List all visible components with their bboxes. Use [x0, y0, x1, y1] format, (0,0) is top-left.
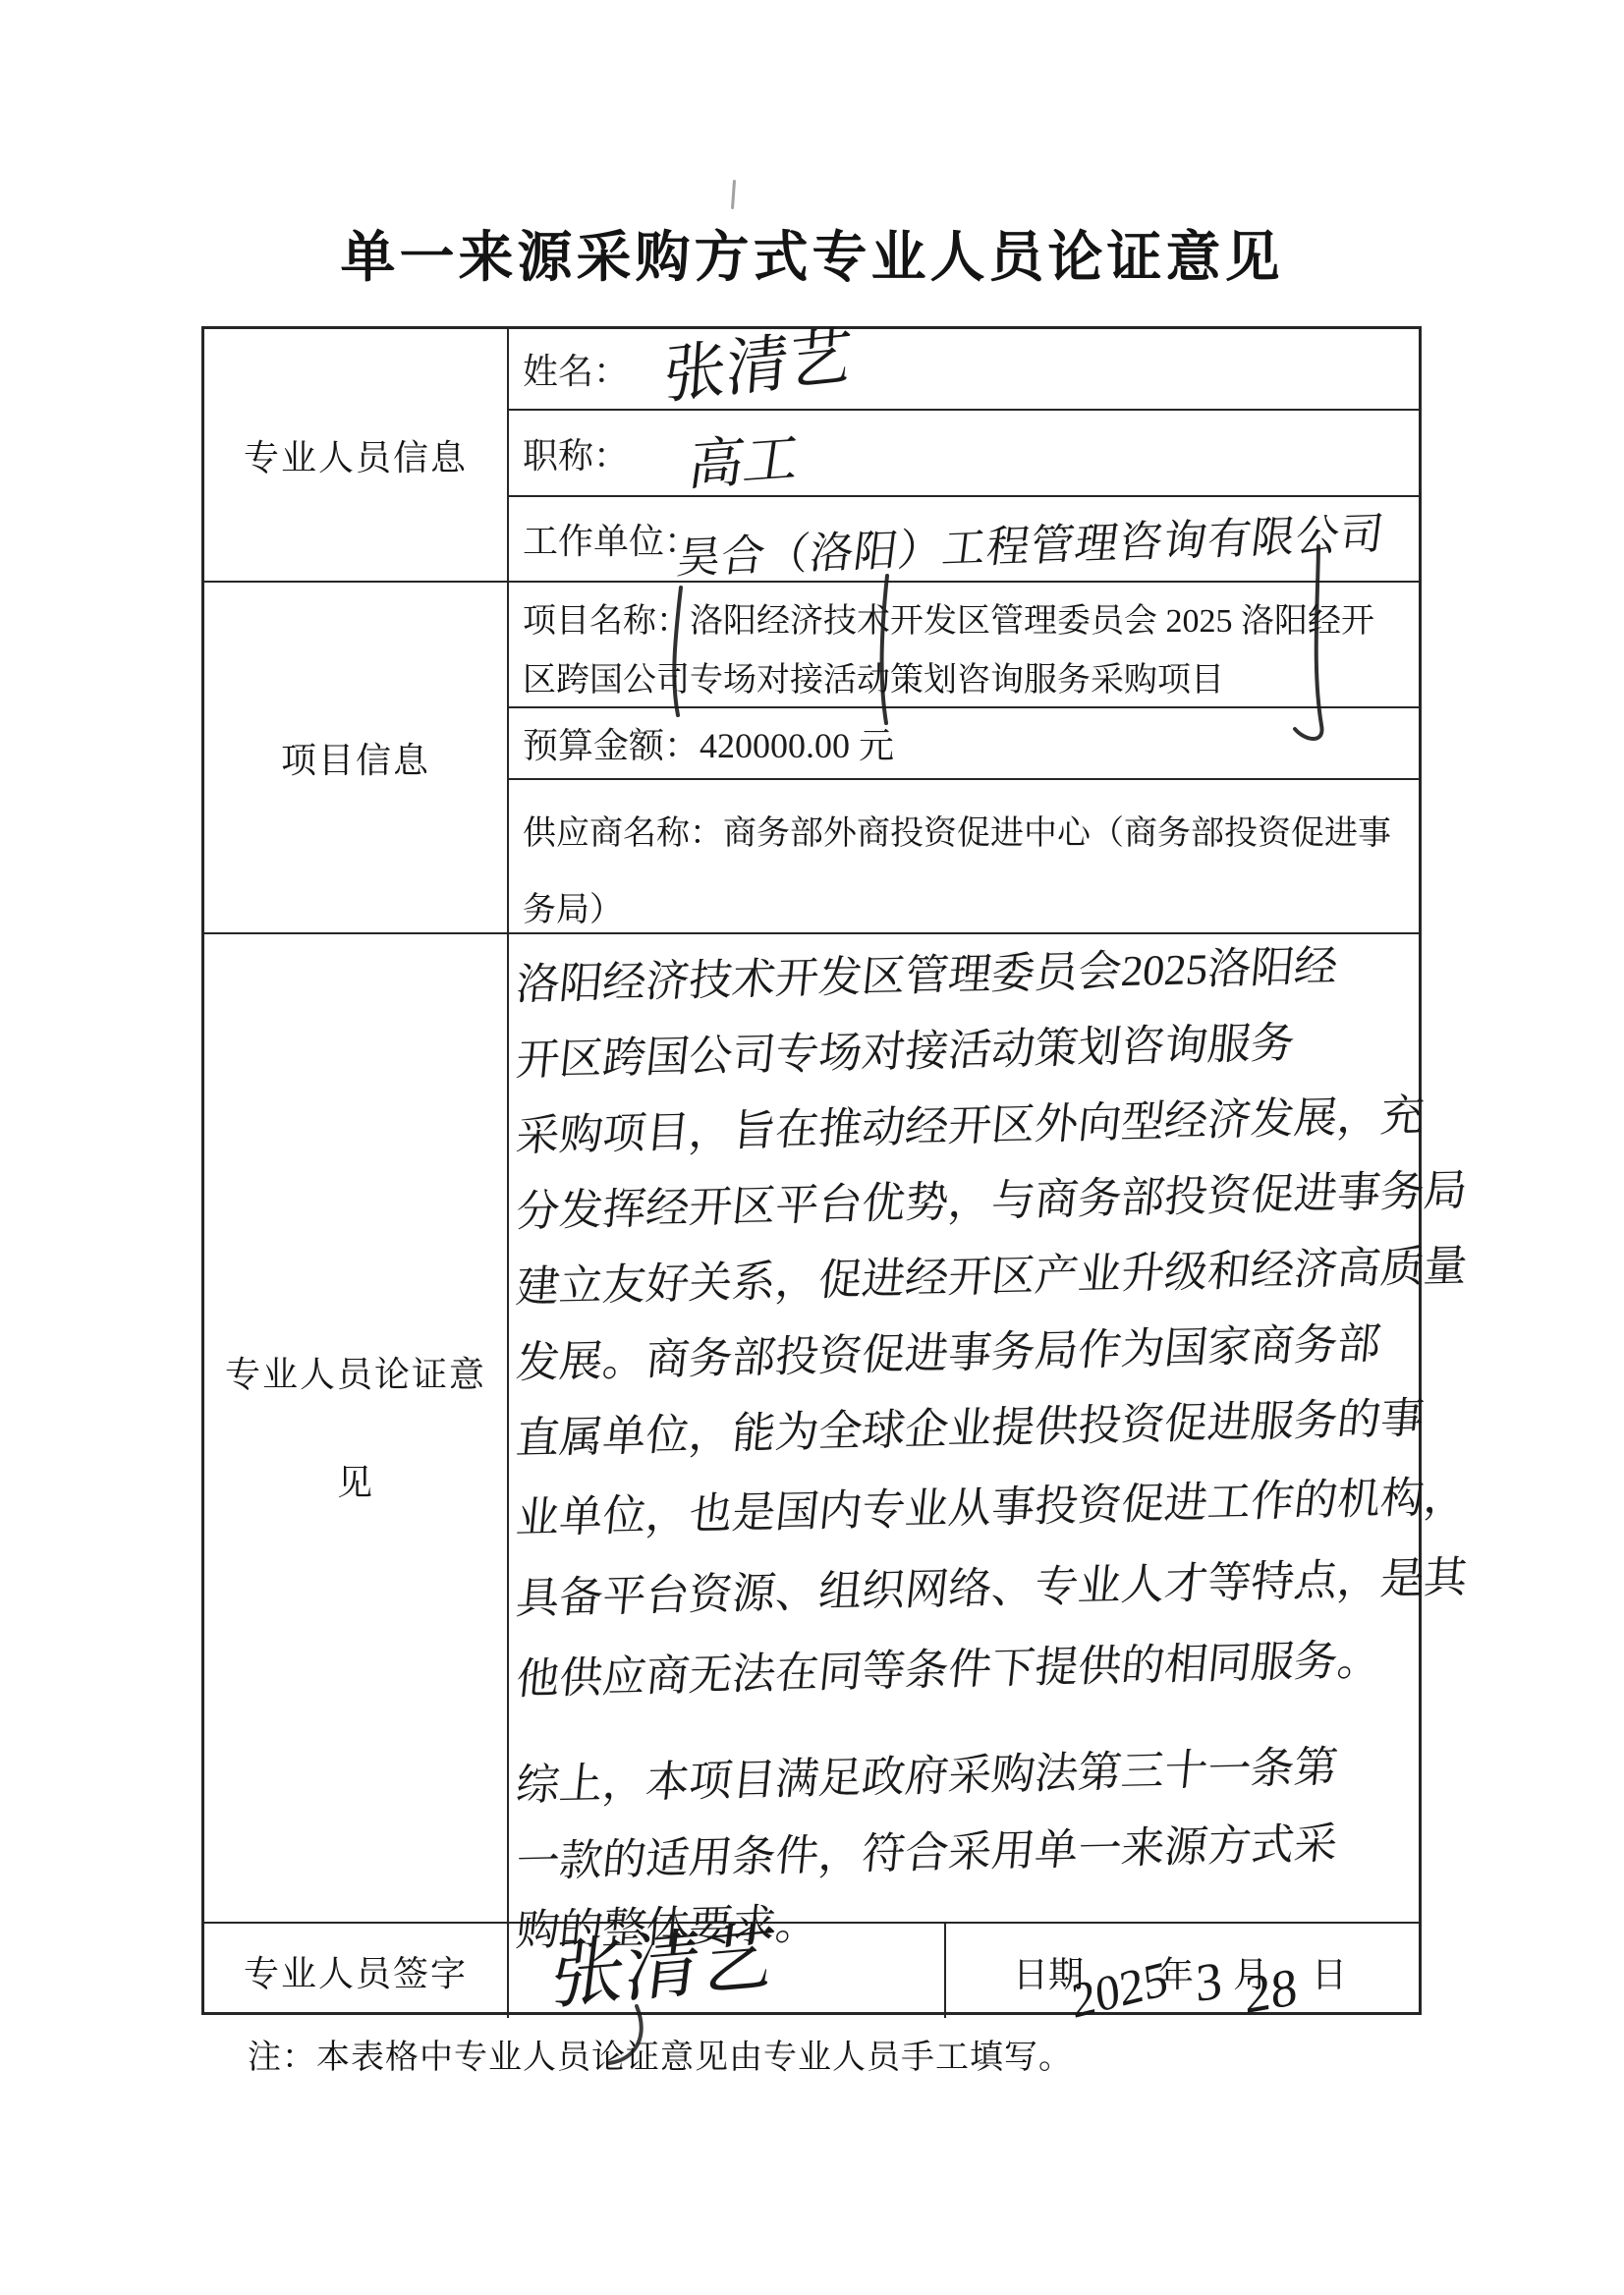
- opinion-line: 洛阳经济技术开发区管理委员会2025洛阳经: [514, 930, 1341, 1012]
- document-title: 单一来源采购方式专业人员论证意见: [0, 214, 1624, 293]
- footnote: 注：本表格中专业人员论证意见由专业人员手工填写。: [248, 2030, 1073, 2078]
- supplier-line1: 供应商名称：商务部外商投资促进中心（商务部投资促进事: [523, 796, 1413, 872]
- work-unit-handwritten-value: 昊合（洛阳）工程管理咨询有限公司: [674, 498, 1388, 586]
- opinion-label-line1: 专业人员论证意: [225, 1320, 486, 1428]
- opinion-line: 直属单位，能为全球企业提供投资促进服务的事: [514, 1382, 1428, 1466]
- opinion-line: 他供应商无法在同等条件下提供的相同服务。: [514, 1624, 1384, 1707]
- work-unit-label: 工作单位：: [523, 514, 700, 564]
- opinion-line: 一款的适用条件，符合采用单一来源方式采: [514, 1808, 1341, 1889]
- opinion-line: 业单位，也是国内专业从事投资促进工作的机构，: [514, 1461, 1471, 1545]
- section-label-personnel-info: 专业人员信息: [204, 329, 509, 583]
- section-label-signature: 专业人员签字: [204, 1924, 509, 2018]
- field-row-project-name: 项目名称：洛阳经济技术开发区管理委员会 2025 洛阳经开 区跨国公司专场对接活…: [509, 583, 1419, 708]
- name-handwritten-value: 张清艺: [661, 305, 855, 416]
- opinion-line: 具备平台资源、组织网络、专业人才等特点，是其: [514, 1541, 1471, 1626]
- opinion-line: 综上，本项目满足政府采购法第三十一条第: [514, 1731, 1341, 1813]
- opinion-line: 开区跨国公司专场对接活动策划咨询服务: [514, 1007, 1298, 1088]
- year-label: 年: [1158, 1947, 1194, 1997]
- name-label: 姓名：: [523, 344, 629, 394]
- opinion-form-table: 专业人员信息 姓名： 张清艺 职称： 高工 工作单位： 昊合（洛阳）工程管理咨询…: [201, 326, 1422, 2015]
- field-row-name: 姓名： 张清艺: [509, 329, 1419, 411]
- date-label: 日期: [1013, 1947, 1084, 1997]
- project-name-line1: 项目名称：洛阳经济技术开发区管理委员会 2025 洛阳经开: [523, 592, 1413, 651]
- opinion-label-line2: 见: [337, 1428, 374, 1537]
- budget-label-and-value: 预算金额：420000.00 元: [523, 718, 894, 768]
- year-handwritten-value: 2025: [1069, 1949, 1170, 2030]
- section-label-opinion: 专业人员论证意 见: [204, 934, 509, 1924]
- date-area: 日期 年 月 日 2025 3 28: [946, 1924, 1419, 2018]
- signature-area: 张清艺: [509, 1924, 946, 2018]
- title-handwritten-value: 高工: [684, 415, 805, 502]
- day-label: 日: [1312, 1947, 1347, 1997]
- opinion-handwritten-block: 洛阳经济技术开发区管理委员会2025洛阳经 开区跨国公司专场对接活动策划咨询服务…: [509, 934, 1419, 1924]
- month-handwritten-value: 3: [1195, 1949, 1223, 2014]
- scanned-form-page: 单一来源采购方式专业人员论证意见 专业人员信息 姓名： 张清艺 职称： 高工 工…: [0, 0, 1624, 2295]
- project-name-line2: 区跨国公司专场对接活动策划咨询服务采购项目: [523, 651, 1413, 710]
- opinion-line: 采购项目，旨在推动经开区外向型经济发展，充: [514, 1080, 1428, 1163]
- opinion-line: 建立友好关系，促进经开区产业升级和经济高质量: [514, 1230, 1471, 1315]
- opinion-line: 分发挥经开区平台优势，与商务部投资促进事务局: [514, 1154, 1471, 1239]
- field-row-supplier: 供应商名称：商务部外商投资促进中心（商务部投资促进事 务局）: [509, 780, 1419, 934]
- section-label-project-info: 项目信息: [204, 583, 509, 934]
- signature-date-row: 张清艺 日期 年 月 日 2025 3 28: [509, 1924, 1419, 2018]
- field-row-budget: 预算金额：420000.00 元: [509, 708, 1419, 780]
- field-row-work-unit: 工作单位： 昊合（洛阳）工程管理咨询有限公司: [509, 497, 1419, 583]
- month-label: 月: [1233, 1947, 1268, 1997]
- field-row-title: 职称： 高工: [509, 411, 1419, 497]
- opinion-line: 发展。商务部投资促进事务局作为国家商务部: [514, 1308, 1384, 1390]
- scan-artifact-tick: [731, 180, 736, 209]
- title-label: 职称：: [523, 428, 629, 478]
